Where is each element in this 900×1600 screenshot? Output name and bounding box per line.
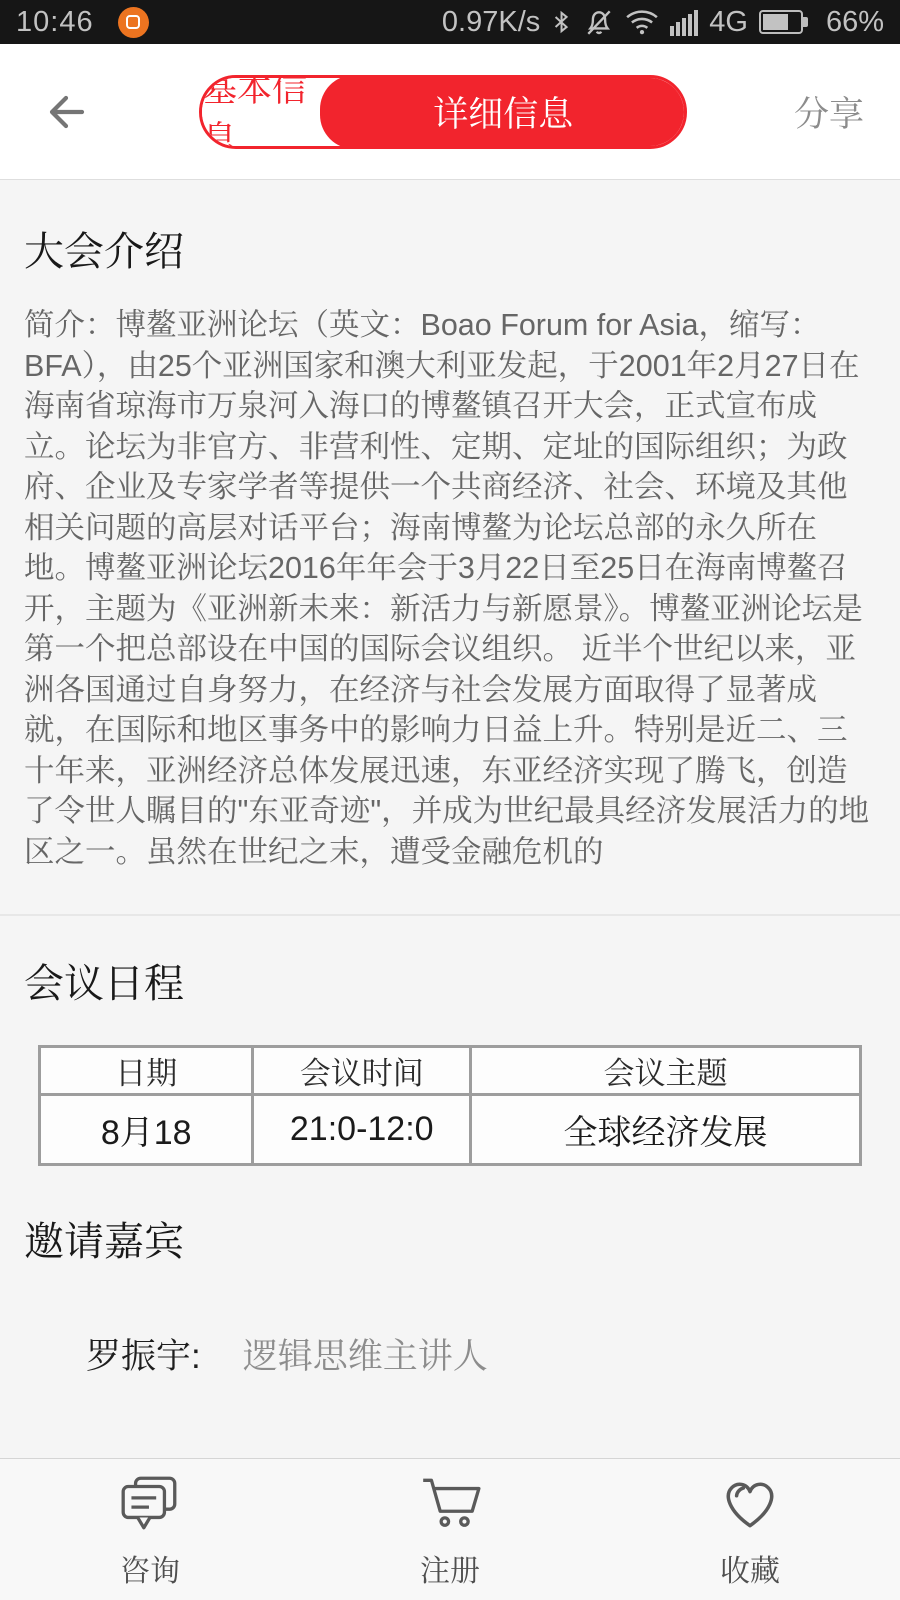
table-row: 8月18 21:0-12:0 全球经济发展 (40, 1095, 861, 1165)
cart-icon (417, 1470, 483, 1536)
battery-icon (759, 10, 803, 34)
nav-item-consult[interactable]: 咨询 (0, 1470, 300, 1590)
app-screen: 10:46 0.97K/s (0, 0, 900, 1600)
schedule-section: 会议日程 日期 会议时间 会议主题 8月18 21:0-12:0 全球经济发展 (0, 916, 900, 1166)
tab-detail-info[interactable]: 详细信息 (320, 75, 688, 149)
tab-basic-info[interactable]: 基本信息 (202, 78, 323, 146)
content-area[interactable]: 大会介绍 简介：博鳌亚洲论坛（英文：Boao Forum for Asia，缩写… (0, 180, 900, 1458)
table-header-row: 日期 会议时间 会议主题 (40, 1047, 861, 1095)
col-header-date: 日期 (40, 1047, 253, 1095)
nav-label-register: 注册 (420, 1546, 480, 1590)
signal-icon (670, 9, 698, 36)
bottom-nav: 咨询 注册 收藏 (0, 1458, 900, 1600)
cell-time: 21:0-12:0 (253, 1095, 471, 1165)
intro-title: 大会介绍 (24, 220, 876, 277)
nav-label-favorite: 收藏 (720, 1546, 780, 1590)
intro-body: 简介：博鳌亚洲论坛（英文：Boao Forum for Asia，缩写：BFA）… (24, 305, 876, 872)
guest-name: 罗振宇: (86, 1329, 201, 1379)
screenshot-icon (118, 7, 149, 38)
chat-icon (117, 1470, 183, 1536)
tab-switcher: 基本信息 详细信息 (199, 75, 687, 149)
bell-muted-icon (584, 7, 614, 37)
col-header-time: 会议时间 (253, 1047, 471, 1095)
cell-topic: 全球经济发展 (471, 1095, 861, 1165)
battery-percent: 66% (826, 6, 884, 39)
guests-title: 邀请嘉宾 (24, 1210, 876, 1267)
heart-icon (717, 1470, 783, 1536)
cell-date: 8月18 (40, 1095, 253, 1165)
nav-label-consult: 咨询 (120, 1546, 180, 1590)
col-header-topic: 会议主题 (471, 1047, 861, 1095)
guest-item: 罗振宇: 逻辑思维主讲人 (86, 1329, 876, 1379)
network-speed: 0.97K/s (442, 6, 540, 39)
status-time: 10:46 (16, 6, 94, 39)
schedule-title: 会议日程 (24, 952, 876, 1009)
bluetooth-icon (551, 7, 573, 37)
network-type: 4G (709, 6, 748, 39)
schedule-table: 日期 会议时间 会议主题 8月18 21:0-12:0 全球经济发展 (38, 1045, 862, 1166)
guest-description: 逻辑思维主讲人 (243, 1329, 488, 1379)
header: 基本信息 详细信息 分享 (0, 44, 900, 180)
arrow-left-icon (38, 86, 90, 138)
nav-item-favorite[interactable]: 收藏 (600, 1470, 900, 1590)
share-button[interactable]: 分享 (794, 87, 864, 137)
guests-section: 邀请嘉宾 罗振宇: 逻辑思维主讲人 (0, 1166, 900, 1379)
intro-section: 大会介绍 简介：博鳌亚洲论坛（英文：Boao Forum for Asia，缩写… (0, 180, 900, 872)
wifi-icon (625, 8, 659, 36)
back-button[interactable] (34, 82, 94, 142)
status-bar: 10:46 0.97K/s (0, 0, 900, 44)
nav-item-register[interactable]: 注册 (300, 1470, 600, 1590)
